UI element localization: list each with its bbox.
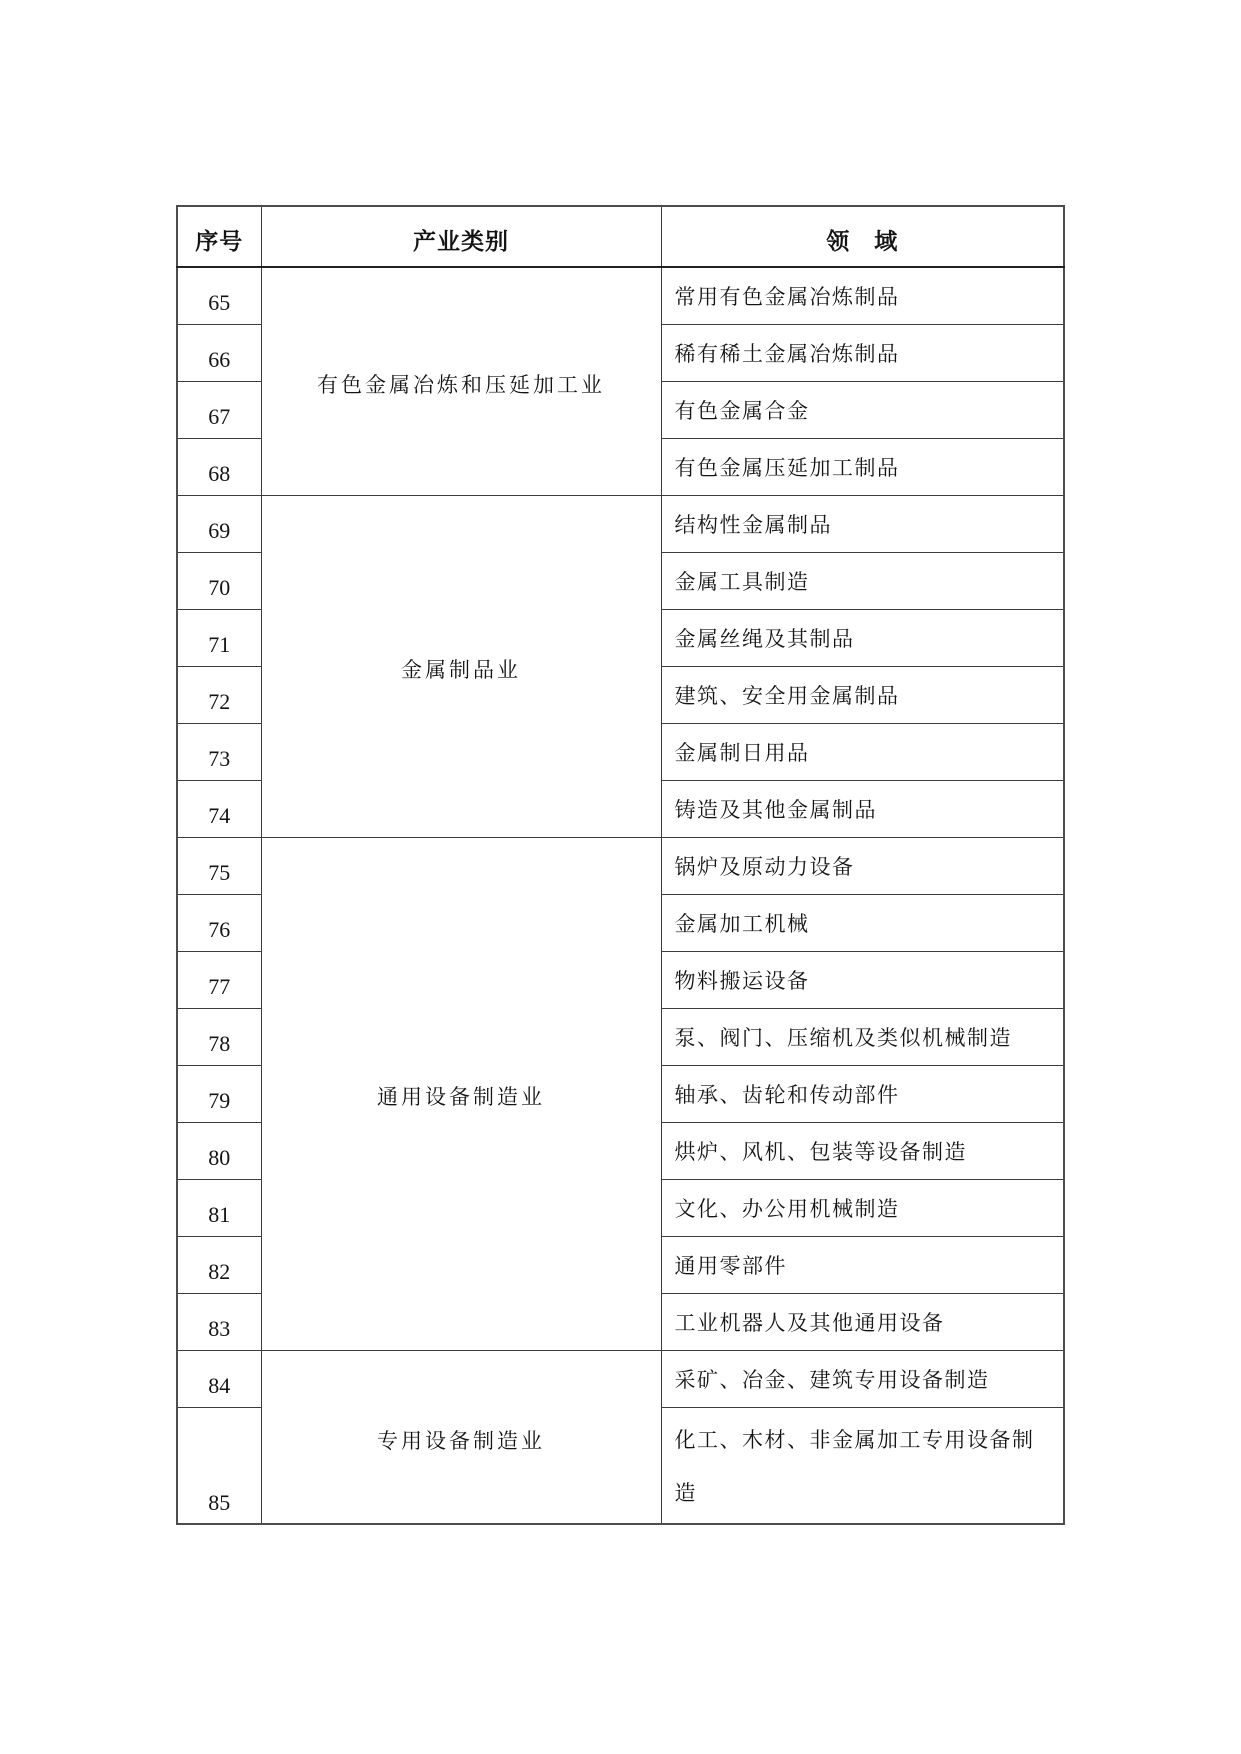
row-number-cell: 74 [177,780,261,837]
column-header-category: 产业类别 [261,206,661,267]
field-cell: 化工、木材、非金属加工专用设备制造 [661,1407,1064,1524]
field-cell: 建筑、安全用金属制品 [661,666,1064,723]
field-cell: 稀有稀土金属冶炼制品 [661,324,1064,381]
field-cell: 金属丝绳及其制品 [661,609,1064,666]
field-cell: 泵、阀门、压缩机及类似机械制造 [661,1008,1064,1065]
table-body: 65有色金属冶炼和压延加工业常用有色金属冶炼制品66稀有稀土金属冶炼制品67有色… [177,267,1064,1524]
column-header-no: 序号 [177,206,261,267]
field-cell: 铸造及其他金属制品 [661,780,1064,837]
row-number-cell: 80 [177,1122,261,1179]
field-cell: 烘炉、风机、包装等设备制造 [661,1122,1064,1179]
category-cell: 专用设备制造业 [261,1350,661,1524]
field-cell: 结构性金属制品 [661,495,1064,552]
row-number-cell: 69 [177,495,261,552]
document-page: 序号 产业类别 领 域 65有色金属冶炼和压延加工业常用有色金属冶炼制品66稀有… [0,0,1241,1754]
field-cell: 工业机器人及其他通用设备 [661,1293,1064,1350]
row-number-cell: 65 [177,267,261,324]
category-cell: 通用设备制造业 [261,837,661,1350]
table-header-row: 序号 产业类别 领 域 [177,206,1064,267]
table-row: 69金属制品业结构性金属制品 [177,495,1064,552]
row-number-cell: 71 [177,609,261,666]
field-cell: 文化、办公用机械制造 [661,1179,1064,1236]
field-cell: 采矿、冶金、建筑专用设备制造 [661,1350,1064,1407]
row-number-cell: 70 [177,552,261,609]
row-number-cell: 77 [177,951,261,1008]
row-number-cell: 84 [177,1350,261,1407]
field-cell: 通用零部件 [661,1236,1064,1293]
row-number-cell: 81 [177,1179,261,1236]
table-row: 65有色金属冶炼和压延加工业常用有色金属冶炼制品 [177,267,1064,324]
field-cell: 金属加工机械 [661,894,1064,951]
field-cell: 有色金属压延加工制品 [661,438,1064,495]
row-number-cell: 72 [177,666,261,723]
field-cell: 有色金属合金 [661,381,1064,438]
row-number-cell: 83 [177,1293,261,1350]
column-header-field: 领 域 [661,206,1064,267]
row-number-cell: 67 [177,381,261,438]
row-number-cell: 73 [177,723,261,780]
table-row: 84专用设备制造业采矿、冶金、建筑专用设备制造 [177,1350,1064,1407]
row-number-cell: 76 [177,894,261,951]
row-number-cell: 75 [177,837,261,894]
row-number-cell: 66 [177,324,261,381]
category-cell: 金属制品业 [261,495,661,837]
row-number-cell: 82 [177,1236,261,1293]
field-cell: 金属制日用品 [661,723,1064,780]
table-row: 75通用设备制造业锅炉及原动力设备 [177,837,1064,894]
category-cell: 有色金属冶炼和压延加工业 [261,267,661,495]
field-cell: 金属工具制造 [661,552,1064,609]
row-number-cell: 79 [177,1065,261,1122]
row-number-cell: 68 [177,438,261,495]
industry-table: 序号 产业类别 领 域 65有色金属冶炼和压延加工业常用有色金属冶炼制品66稀有… [176,205,1065,1525]
field-cell: 轴承、齿轮和传动部件 [661,1065,1064,1122]
field-cell: 物料搬运设备 [661,951,1064,1008]
row-number-cell: 85 [177,1407,261,1524]
field-cell: 常用有色金属冶炼制品 [661,267,1064,324]
row-number-cell: 78 [177,1008,261,1065]
field-cell: 锅炉及原动力设备 [661,837,1064,894]
